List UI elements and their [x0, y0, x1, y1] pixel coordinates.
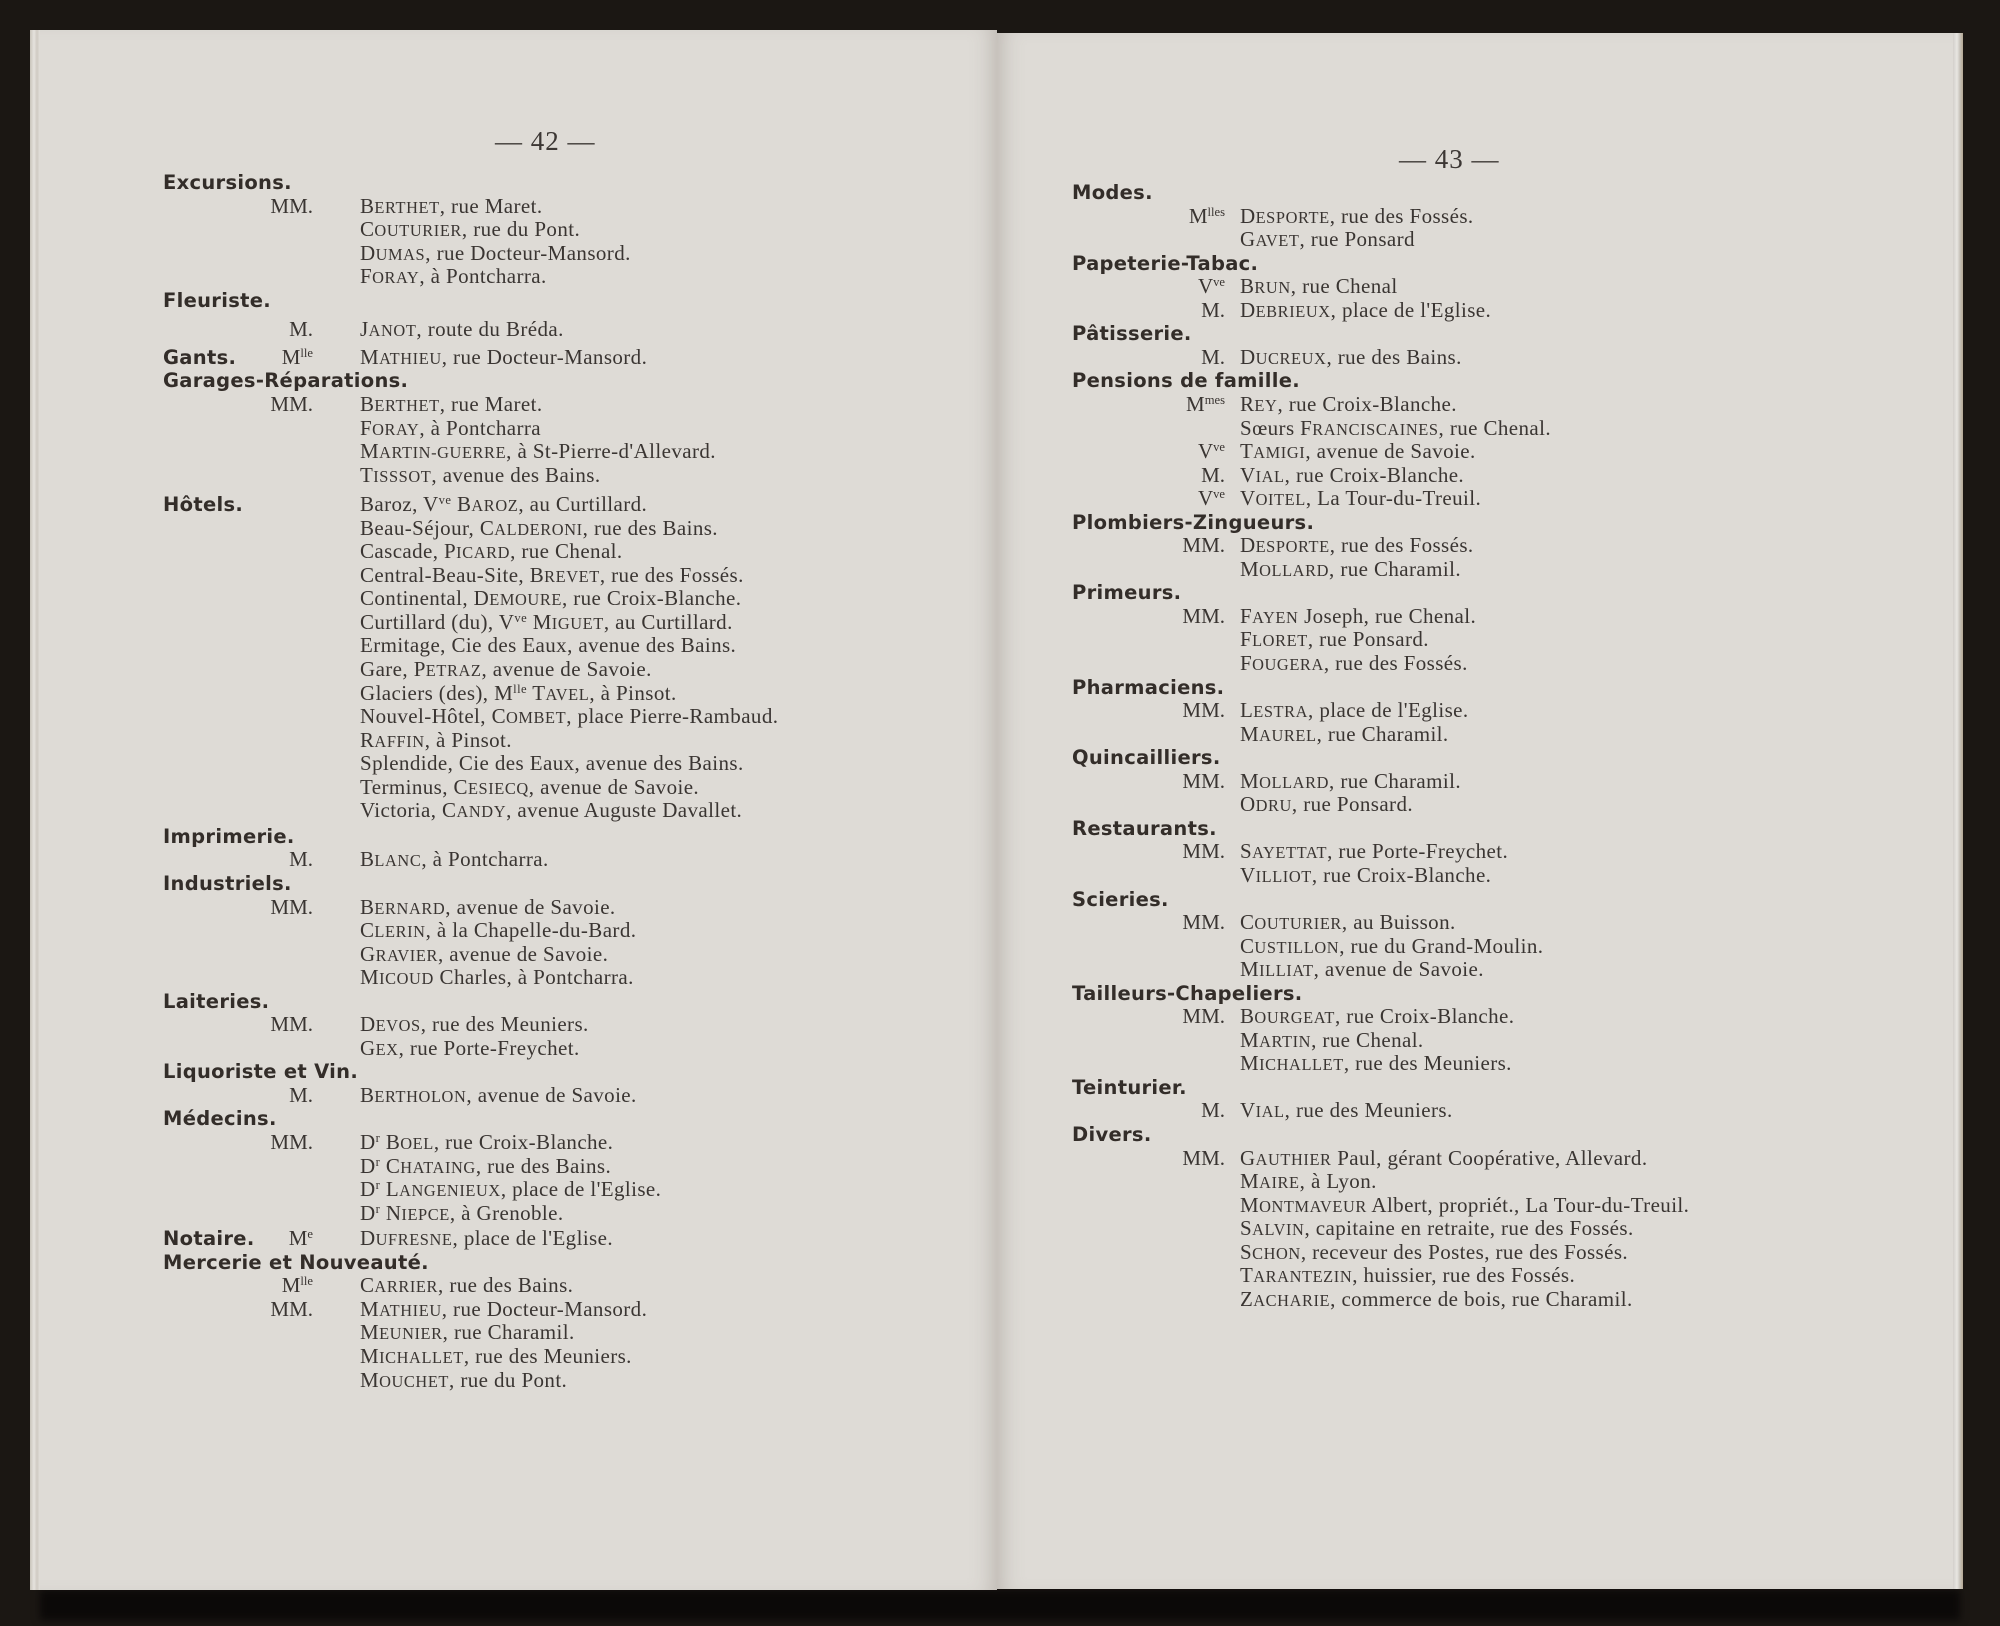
- entry-row: Curtillard (du), Vve MIGUET, au Curtilla…: [163, 611, 983, 635]
- title-prefix: M.: [1165, 1099, 1225, 1123]
- entry-text: VILLIOT, rue Croix-Blanche.: [1240, 864, 1491, 889]
- category-heading: Mercerie et Nouveauté.: [163, 1251, 429, 1275]
- entry-text: ODRU, rue Ponsard.: [1240, 793, 1413, 818]
- entry-row: COUTURIER, rue du Pont.: [163, 218, 983, 242]
- title-prefix: MM.: [1165, 1147, 1225, 1171]
- page-number: — 42 —: [495, 126, 596, 157]
- entry-text: MOLLARD, rue Charamil.: [1240, 558, 1461, 583]
- entry-text: MILLIAT, avenue de Savoie.: [1240, 958, 1484, 983]
- entry-row: FORAY, à Pontcharra.: [163, 265, 983, 289]
- entry-row: FLORET, rue Ponsard.: [1072, 628, 1942, 652]
- category-row: Plombiers-Zingueurs.: [1072, 511, 1942, 535]
- entry-row: VILLIOT, rue Croix-Blanche.: [1072, 864, 1942, 888]
- booklet-shadow: [40, 1590, 1960, 1620]
- category-row: Papeterie-Tabac.: [1072, 252, 1942, 276]
- entry-text: JANOT, route du Bréda.: [360, 318, 564, 343]
- entry-text: VOITEL, La Tour-du-Treuil.: [1240, 487, 1481, 512]
- title-prefix: MM.: [253, 195, 313, 219]
- entry-row: MICHALLET, rue des Meuniers.: [163, 1345, 983, 1369]
- entry-row: MM.MOLLARD, rue Charamil.: [1072, 770, 1942, 794]
- title-prefix: MM.: [1165, 911, 1225, 935]
- category-row: Pâtisserie.: [1072, 322, 1942, 346]
- title-prefix: MM.: [1165, 605, 1225, 629]
- category-heading: Hôtels.: [163, 493, 243, 517]
- entry-row: CUSTILLON, rue du Grand-Moulin.: [1072, 935, 1942, 959]
- entry-row: MAUREL, rue Charamil.: [1072, 723, 1942, 747]
- entry-row: Splendide, Cie des Eaux, avenue des Bain…: [163, 752, 983, 776]
- entry-text: FORAY, à Pontcharra: [360, 417, 541, 442]
- entry-row: VveVOITEL, La Tour-du-Treuil.: [1072, 487, 1942, 511]
- entry-text: BOURGEAT, rue Croix-Blanche.: [1240, 1005, 1514, 1030]
- entry-row: MM.BERTHET, rue Maret.: [163, 393, 983, 417]
- entry-text: VIAL, rue Croix-Blanche.: [1240, 464, 1464, 489]
- entry-row: Dr NIEPCE, à Grenoble.: [163, 1202, 983, 1226]
- entry-row: MOLLARD, rue Charamil.: [1072, 558, 1942, 582]
- entry-text: GAUTHIER Paul, gérant Coopérative, Allev…: [1240, 1147, 1647, 1172]
- category-heading: Modes.: [1072, 181, 1153, 205]
- entry-text: MICHALLET, rue des Meuniers.: [360, 1345, 632, 1370]
- entry-text: FORAY, à Pontcharra.: [360, 265, 547, 290]
- title-prefix: MM.: [1165, 699, 1225, 723]
- entry-row: Glaciers (des), Mlle TAVEL, à Pinsot.: [163, 682, 983, 706]
- entry-row: TARANTEZIN, huissier, rue des Fossés.: [1072, 1264, 1942, 1288]
- entry-text: MAIRE, à Lyon.: [1240, 1170, 1377, 1195]
- category-row: Pensions de famille.: [1072, 369, 1942, 393]
- entry-row: MlleCARRIER, rue des Bains.: [163, 1274, 983, 1298]
- entry-row: FOUGERA, rue des Fossés.: [1072, 652, 1942, 676]
- entry-row: Terminus, CESIECQ, avenue de Savoie.: [163, 776, 983, 800]
- title-prefix: MM.: [1165, 770, 1225, 794]
- entry-row: MM.BERNARD, avenue de Savoie.: [163, 896, 983, 920]
- entry-row: Sœurs FRANCISCAINES, rue Chenal.: [1072, 417, 1942, 441]
- category-row: Garages-Réparations.: [163, 369, 983, 393]
- entry-row: DUMAS, rue Docteur-Mansord.: [163, 242, 983, 266]
- category-heading: Quincailliers.: [1072, 746, 1221, 770]
- category-row: Hôtels.Baroz, Vve BAROZ, au Curtillard.: [163, 493, 983, 517]
- entry-text: DESPORTE, rue des Fossés.: [1240, 534, 1474, 559]
- entry-text: BERNARD, avenue de Savoie.: [360, 896, 616, 921]
- entry-text: COUTURIER, rue du Pont.: [360, 218, 580, 243]
- category-heading: Divers.: [1072, 1123, 1152, 1147]
- entry-row: Beau-Séjour, CALDERONI, rue des Bains.: [163, 517, 983, 541]
- page-number: — 43 —: [1399, 144, 1500, 175]
- entry-row: M.DEBRIEUX, place de l'Eglise.: [1072, 299, 1942, 323]
- entry-text: Cascade, PICARD, rue Chenal.: [360, 540, 623, 565]
- entry-row: RAFFIN, à Pinsot.: [163, 729, 983, 753]
- entry-text: Curtillard (du), Vve MIGUET, au Curtilla…: [360, 611, 733, 636]
- entry-row: MM.MATHIEU, rue Docteur-Mansord.: [163, 1298, 983, 1322]
- entry-row: MILLIAT, avenue de Savoie.: [1072, 958, 1942, 982]
- title-prefix: Vve: [1165, 487, 1225, 511]
- entry-text: BLANC, à Pontcharra.: [360, 848, 549, 873]
- entry-row: M.VIAL, rue des Meuniers.: [1072, 1099, 1942, 1123]
- entry-row: M.BERTHOLON, avenue de Savoie.: [163, 1084, 983, 1108]
- category-heading: Industriels.: [163, 872, 292, 896]
- category-heading: Teinturier.: [1072, 1076, 1187, 1100]
- entry-row: MM.SAYETTAT, rue Porte-Freychet.: [1072, 840, 1942, 864]
- entry-row: MEUNIER, rue Charamil.: [163, 1321, 983, 1345]
- title-prefix: Vve: [1165, 440, 1225, 464]
- entry-row: Gare, PETRAZ, avenue de Savoie.: [163, 658, 983, 682]
- entry-text: BERTHOLON, avenue de Savoie.: [360, 1084, 637, 1109]
- entry-row: TISSSOT, avenue des Bains.: [163, 464, 983, 488]
- entry-text: Ermitage, Cie des Eaux, avenue des Bains…: [360, 634, 736, 658]
- entry-row: MARTIN-GUERRE, à St-Pierre-d'Allevard.: [163, 440, 983, 464]
- category-row: Mercerie et Nouveauté.: [163, 1251, 983, 1275]
- entry-text: SAYETTAT, rue Porte-Freychet.: [1240, 840, 1508, 865]
- category-row: Pharmaciens.: [1072, 676, 1942, 700]
- entry-text: Dr LANGENIEUX, place de l'Eglise.: [360, 1178, 661, 1203]
- category-row: Modes.: [1072, 181, 1942, 205]
- entry-text: CLERIN, à la Chapelle-du-Bard.: [360, 919, 636, 944]
- entry-text: MICHALLET, rue des Meuniers.: [1240, 1052, 1512, 1077]
- category-heading: Scieries.: [1072, 888, 1169, 912]
- title-prefix: Mlle: [253, 1274, 313, 1298]
- entry-text: FLORET, rue Ponsard.: [1240, 628, 1429, 653]
- category-row: Notaire.MeDUFRESNE, place de l'Eglise.: [163, 1227, 983, 1251]
- entry-text: CUSTILLON, rue du Grand-Moulin.: [1240, 935, 1543, 960]
- title-prefix: MM.: [253, 1298, 313, 1322]
- entry-text: MARTIN-GUERRE, à St-Pierre-d'Allevard.: [360, 440, 716, 465]
- entry-text: DUFRESNE, place de l'Eglise.: [360, 1227, 613, 1252]
- title-prefix: Mlle: [253, 346, 313, 370]
- entry-row: M.JANOT, route du Bréda.: [163, 318, 983, 342]
- category-row: Imprimerie.: [163, 825, 983, 849]
- title-prefix: MM.: [253, 393, 313, 417]
- right-page: — 43 — Modes.MllesDESPORTE, rue des Foss…: [997, 33, 1957, 1589]
- entry-row: SALVIN, capitaine en retraite, rue des F…: [1072, 1217, 1942, 1241]
- entry-row: MllesDESPORTE, rue des Fossés.: [1072, 205, 1942, 229]
- entry-text: MONTMAVEUR Albert, propriét., La Tour-du…: [1240, 1194, 1689, 1219]
- entry-text: GAVET, rue Ponsard: [1240, 228, 1415, 253]
- category-row: Excursions.: [163, 171, 983, 195]
- title-prefix: M.: [253, 1084, 313, 1108]
- entry-row: Victoria, CANDY, avenue Auguste Davallet…: [163, 799, 983, 823]
- entry-text: COUTURIER, au Buisson.: [1240, 911, 1456, 936]
- entry-text: MICOUD Charles, à Pontcharra.: [360, 966, 634, 991]
- entry-row: MM.DEVOS, rue des Meuniers.: [163, 1013, 983, 1037]
- entry-row: MM.DESPORTE, rue des Fossés.: [1072, 534, 1942, 558]
- left-page: — 42 — Excursions.MM.BERTHET, rue Maret.…: [30, 30, 997, 1590]
- category-row: Quincailliers.: [1072, 746, 1942, 770]
- entry-row: MM.BERTHET, rue Maret.: [163, 195, 983, 219]
- entry-text: TISSSOT, avenue des Bains.: [360, 464, 601, 489]
- category-heading: Pâtisserie.: [1072, 322, 1192, 346]
- entry-row: Ermitage, Cie des Eaux, avenue des Bains…: [163, 634, 983, 658]
- entry-text: MARTIN, rue Chenal.: [1240, 1029, 1424, 1054]
- entry-row: GRAVIER, avenue de Savoie.: [163, 943, 983, 967]
- entry-row: Dr CHATAING, rue des Bains.: [163, 1155, 983, 1179]
- category-heading: Fleuriste.: [163, 289, 271, 313]
- entry-row: GEX, rue Porte-Freychet.: [163, 1037, 983, 1061]
- entry-text: BERTHET, rue Maret.: [360, 393, 543, 418]
- entry-text: SCHON, receveur des Postes, rue des Foss…: [1240, 1241, 1628, 1266]
- entry-row: Continental, DEMOURE, rue Croix-Blanche.: [163, 587, 983, 611]
- entry-row: VveBRUN, rue Chenal: [1072, 275, 1942, 299]
- entry-text: FOUGERA, rue des Fossés.: [1240, 652, 1468, 677]
- entry-text: Sœurs FRANCISCAINES, rue Chenal.: [1240, 417, 1551, 442]
- entry-row: Cascade, PICARD, rue Chenal.: [163, 540, 983, 564]
- entry-text: MAUREL, rue Charamil.: [1240, 723, 1449, 748]
- entry-text: MEUNIER, rue Charamil.: [360, 1321, 575, 1346]
- category-heading: Gants.: [163, 346, 236, 370]
- entry-row: MARTIN, rue Chenal.: [1072, 1029, 1942, 1053]
- entry-text: Dr BOEL, rue Croix-Blanche.: [360, 1131, 613, 1156]
- entry-row: ODRU, rue Ponsard.: [1072, 793, 1942, 817]
- category-heading: Garages-Réparations.: [163, 369, 408, 393]
- entry-text: MOLLARD, rue Charamil.: [1240, 770, 1461, 795]
- entry-row: Central-Beau-Site, BREVET, rue des Fossé…: [163, 564, 983, 588]
- entry-text: CARRIER, rue des Bains.: [360, 1274, 573, 1299]
- category-row: Liquoriste et Vin.: [163, 1060, 983, 1084]
- entry-row: MM.COUTURIER, au Buisson.: [1072, 911, 1942, 935]
- entry-text: TAMIGI, avenue de Savoie.: [1240, 440, 1476, 465]
- category-heading: Imprimerie.: [163, 825, 295, 849]
- entry-text: VIAL, rue des Meuniers.: [1240, 1099, 1453, 1124]
- category-row: Restaurants.: [1072, 817, 1942, 841]
- entry-text: BERTHET, rue Maret.: [360, 195, 543, 220]
- entry-text: ZACHARIE, commerce de bois, rue Charamil…: [1240, 1288, 1633, 1313]
- entry-row: GAVET, rue Ponsard: [1072, 228, 1942, 252]
- category-row: Tailleurs-Chapeliers.: [1072, 982, 1942, 1006]
- title-prefix: Vve: [1165, 275, 1225, 299]
- entry-row: MmesREY, rue Croix-Blanche.: [1072, 393, 1942, 417]
- entry-text: Dr CHATAING, rue des Bains.: [360, 1155, 611, 1180]
- entry-row: Nouvel-Hôtel, COMBET, place Pierre-Ramba…: [163, 705, 983, 729]
- category-row: Teinturier.: [1072, 1076, 1942, 1100]
- title-prefix: M.: [1165, 464, 1225, 488]
- title-prefix: M.: [1165, 299, 1225, 323]
- entry-text: Terminus, CESIECQ, avenue de Savoie.: [360, 776, 699, 801]
- entry-text: Central-Beau-Site, BREVET, rue des Fossé…: [360, 564, 744, 589]
- entry-text: DEBRIEUX, place de l'Eglise.: [1240, 299, 1491, 324]
- entry-text: FAYEN Joseph, rue Chenal.: [1240, 605, 1476, 630]
- category-heading: Pharmaciens.: [1072, 676, 1224, 700]
- category-heading: Restaurants.: [1072, 817, 1217, 841]
- category-heading: Excursions.: [163, 171, 292, 195]
- entry-row: MM.GAUTHIER Paul, gérant Coopérative, Al…: [1072, 1147, 1942, 1171]
- entry-row: VveTAMIGI, avenue de Savoie.: [1072, 440, 1942, 464]
- title-prefix: MM.: [1165, 1005, 1225, 1029]
- entry-row: MICHALLET, rue des Meuniers.: [1072, 1052, 1942, 1076]
- category-heading: Liquoriste et Vin.: [163, 1060, 358, 1084]
- entry-row: SCHON, receveur des Postes, rue des Foss…: [1072, 1241, 1942, 1265]
- title-prefix: M.: [1165, 346, 1225, 370]
- title-prefix: MM.: [1165, 534, 1225, 558]
- entry-text: Continental, DEMOURE, rue Croix-Blanche.: [360, 587, 741, 612]
- entry-row: M.BLANC, à Pontcharra.: [163, 848, 983, 872]
- category-heading: Primeurs.: [1072, 581, 1181, 605]
- entry-row: CLERIN, à la Chapelle-du-Bard.: [163, 919, 983, 943]
- entry-row: MM.LESTRA, place de l'Eglise.: [1072, 699, 1942, 723]
- category-row: Industriels.: [163, 872, 983, 896]
- entry-text: Glaciers (des), Mlle TAVEL, à Pinsot.: [360, 682, 677, 707]
- entry-row: MICOUD Charles, à Pontcharra.: [163, 966, 983, 990]
- entry-row: MAIRE, à Lyon.: [1072, 1170, 1942, 1194]
- entry-text: GEX, rue Porte-Freychet.: [360, 1037, 580, 1062]
- entry-text: MATHIEU, rue Docteur-Mansord.: [360, 1298, 647, 1323]
- category-row: Laiteries.: [163, 990, 983, 1014]
- entry-row: MONTMAVEUR Albert, propriét., La Tour-du…: [1072, 1194, 1942, 1218]
- entry-text: REY, rue Croix-Blanche.: [1240, 393, 1457, 418]
- title-prefix: MM.: [253, 1131, 313, 1155]
- entry-text: DESPORTE, rue des Fossés.: [1240, 205, 1474, 230]
- entry-row: M.DUCREUX, rue des Bains.: [1072, 346, 1942, 370]
- title-prefix: Me: [253, 1227, 313, 1251]
- category-heading: Papeterie-Tabac.: [1072, 252, 1258, 276]
- category-heading: Plombiers-Zingueurs.: [1072, 511, 1314, 535]
- title-prefix: Mlles: [1165, 205, 1225, 229]
- entry-text: DUCREUX, rue des Bains.: [1240, 346, 1462, 371]
- entry-text: Dr NIEPCE, à Grenoble.: [360, 1202, 564, 1227]
- entry-row: MM.Dr BOEL, rue Croix-Blanche.: [163, 1131, 983, 1155]
- category-heading: Laiteries.: [163, 990, 269, 1014]
- category-heading: Notaire.: [163, 1227, 255, 1251]
- title-prefix: MM.: [253, 1013, 313, 1037]
- entry-row: M.VIAL, rue Croix-Blanche.: [1072, 464, 1942, 488]
- entry-text: Nouvel-Hôtel, COMBET, place Pierre-Ramba…: [360, 705, 778, 730]
- entry-row: FORAY, à Pontcharra: [163, 417, 983, 441]
- category-row: Médecins.: [163, 1107, 983, 1131]
- category-heading: Tailleurs-Chapeliers.: [1072, 982, 1302, 1006]
- category-heading: Médecins.: [163, 1107, 277, 1131]
- category-row: Scieries.: [1072, 888, 1942, 912]
- entry-row: MM.FAYEN Joseph, rue Chenal.: [1072, 605, 1942, 629]
- category-row: Fleuriste.: [163, 289, 983, 313]
- entry-text: Gare, PETRAZ, avenue de Savoie.: [360, 658, 652, 683]
- title-prefix: M.: [253, 318, 313, 342]
- entry-row: ZACHARIE, commerce de bois, rue Charamil…: [1072, 1288, 1942, 1312]
- title-prefix: MM.: [1165, 840, 1225, 864]
- entry-text: SALVIN, capitaine en retraite, rue des F…: [1240, 1217, 1634, 1242]
- entry-text: BRUN, rue Chenal: [1240, 275, 1398, 300]
- category-row: Divers.: [1072, 1123, 1942, 1147]
- entry-text: DEVOS, rue des Meuniers.: [360, 1013, 589, 1038]
- entry-text: Splendide, Cie des Eaux, avenue des Bain…: [360, 752, 744, 776]
- entry-text: LESTRA, place de l'Eglise.: [1240, 699, 1469, 724]
- title-prefix: Mmes: [1165, 393, 1225, 417]
- entry-row: Dr LANGENIEUX, place de l'Eglise.: [163, 1178, 983, 1202]
- category-row: Primeurs.: [1072, 581, 1942, 605]
- entry-text: MOUCHET, rue du Pont.: [360, 1369, 567, 1394]
- entry-text: GRAVIER, avenue de Savoie.: [360, 943, 608, 968]
- title-prefix: M.: [253, 848, 313, 872]
- entry-text: DUMAS, rue Docteur-Mansord.: [360, 242, 631, 267]
- category-row: Gants.MlleMATHIEU, rue Docteur-Mansord.: [163, 346, 983, 370]
- entry-row: MM.BOURGEAT, rue Croix-Blanche.: [1072, 1005, 1942, 1029]
- entry-text: Baroz, Vve BAROZ, au Curtillard.: [360, 493, 647, 518]
- entry-text: TARANTEZIN, huissier, rue des Fossés.: [1240, 1264, 1575, 1289]
- title-prefix: MM.: [253, 896, 313, 920]
- entry-text: Victoria, CANDY, avenue Auguste Davallet…: [360, 799, 742, 824]
- entry-text: MATHIEU, rue Docteur-Mansord.: [360, 346, 647, 371]
- entry-text: Beau-Séjour, CALDERONI, rue des Bains.: [360, 517, 718, 542]
- entry-row: MOUCHET, rue du Pont.: [163, 1369, 983, 1393]
- entry-text: RAFFIN, à Pinsot.: [360, 729, 512, 754]
- category-heading: Pensions de famille.: [1072, 369, 1300, 393]
